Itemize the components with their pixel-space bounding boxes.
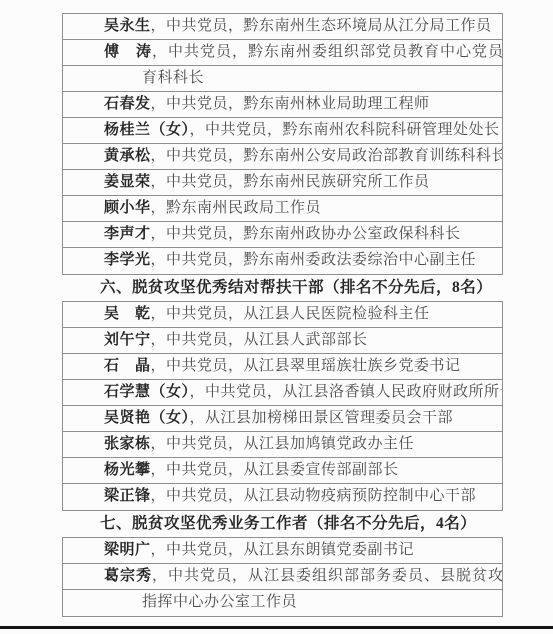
row-text: ，中共党员，从江县东朗镇党委副书记 <box>151 542 415 558</box>
row-text: ，中共党员，黔东南州政协办公室政保科科长 <box>151 226 461 242</box>
person-name: 刘午宁 <box>104 332 151 348</box>
person-name: 张家栋 <box>104 436 151 452</box>
row-text: ，中共党员，从江县翠里瑶族壮族乡党委书记 <box>151 358 461 374</box>
row-text: ，中共党员，从江县洛香镇人民政府财政所所长 <box>190 384 502 400</box>
table-row: 顾小华，黔东南州民政局工作员 <box>63 196 502 222</box>
person-name: 吴 乾 <box>104 306 151 322</box>
document-blocks: 吴永生，中共党员，黔东南州生态环境局从江分局工作员傅 涛，中共党员，黔东南州委组… <box>0 0 553 617</box>
table-row: 指挥中心办公室工作员 <box>63 590 502 616</box>
table-row: 石学慧（女），中共党员，从江县洛香镇人民政府财政所所长 <box>63 380 502 406</box>
row-text: ，中共党员，黔东南州生态环境局从江分局工作员 <box>151 18 492 34</box>
table-row: 吴贤艳（女），从江县加榜梯田景区管理委员会干部 <box>63 406 502 432</box>
person-name: 杨光攀 <box>104 462 151 478</box>
document-page: 吴永生，中共党员，黔东南州生态环境局从江分局工作员傅 涛，中共党员，黔东南州委组… <box>0 0 553 634</box>
table-row: 吴永生，中共党员，黔东南州生态环境局从江分局工作员 <box>63 14 502 40</box>
row-text: ，中共党员，从江县加鸠镇党政办主任 <box>151 436 415 452</box>
table-row: 石 晶，中共党员，从江县翠里瑶族壮族乡党委书记 <box>63 354 502 380</box>
person-name: 吴贤艳（女） <box>104 410 190 426</box>
row-text: ，中共党员，黔东南州公安局政治部教育训练科科长 <box>151 148 502 164</box>
person-name: 葛宗秀 <box>104 568 152 584</box>
table-row: 葛宗秀，中共党员，从江县委组织部部务委员、县脱贫攻坚 <box>63 564 502 590</box>
page-bottom-rule <box>0 626 553 629</box>
person-name: 石学慧（女） <box>104 384 190 400</box>
person-name: 黄承松 <box>104 148 151 164</box>
table-row: 刘午宁，中共党员，从江县人武部部长 <box>63 328 502 354</box>
person-name: 李声才 <box>104 226 151 242</box>
section-header: 七、脱贫攻坚优秀业务工作者（排名不分先后，4名） <box>62 515 553 533</box>
table-row: 杨桂兰（女），中共党员，黔东南州农科院科研管理处处长 <box>63 118 502 144</box>
row-text: ，从江县加榜梯田景区管理委员会干部 <box>190 410 454 426</box>
row-text: ，中共党员，从江县委组织部部务委员、县脱贫攻坚 <box>152 568 502 584</box>
person-name: 梁明广 <box>104 542 151 558</box>
table-row: 李学光，中共党员，黔东南州委政法委综治中心副主任 <box>63 248 502 274</box>
row-text: ，黔东南州民政局工作员 <box>151 200 322 216</box>
section-header: 六、脱贫攻坚优秀结对帮扶干部（排名不分先后，8名） <box>62 279 553 297</box>
person-name: 顾小华 <box>104 200 151 216</box>
table-row: 吴 乾，中共党员，从江县人民医院检验科主任 <box>63 302 502 328</box>
row-text: ，中共党员，从江县委宣传部副部长 <box>151 462 399 478</box>
ruled-table: 梁明广，中共党员，从江县东朗镇党委副书记葛宗秀，中共党员，从江县委组织部部务委员… <box>62 537 503 617</box>
table-row: 傅 涛，中共党员，黔东南州委组织部党员教育中心党员教 <box>63 40 502 66</box>
person-name: 石春发 <box>104 96 151 112</box>
table-row: 张家栋，中共党员，从江县加鸠镇党政办主任 <box>63 432 502 458</box>
person-name: 杨桂兰（女） <box>104 122 190 138</box>
person-name: 姜显荣 <box>104 174 151 190</box>
table-row: 梁正锋，中共党员，从江县动物疫病预防控制中心干部 <box>63 484 502 510</box>
row-text: 指挥中心办公室工作员 <box>142 594 297 610</box>
row-text: ，中共党员，黔东南州委政法委综治中心副主任 <box>151 252 477 268</box>
table-row: 姜显荣，中共党员，黔东南州民族研究所工作员 <box>63 170 502 196</box>
row-text: ，中共党员，从江县动物疫病预防控制中心干部 <box>151 488 477 504</box>
table-row: 黄承松，中共党员，黔东南州公安局政治部教育训练科科长 <box>63 144 502 170</box>
table-row: 石春发，中共党员，黔东南州林业局助理工程师 <box>63 92 502 118</box>
table-row: 杨光攀，中共党员，从江县委宣传部副部长 <box>63 458 502 484</box>
row-text: ，中共党员，黔东南州民族研究所工作员 <box>151 174 430 190</box>
row-text: 育科科长 <box>142 70 204 86</box>
person-name: 李学光 <box>104 252 151 268</box>
ruled-table: 吴永生，中共党员，黔东南州生态环境局从江分局工作员傅 涛，中共党员，黔东南州委组… <box>62 13 503 275</box>
person-name: 梁正锋 <box>104 488 151 504</box>
person-name: 吴永生 <box>104 18 151 34</box>
ruled-table: 吴 乾，中共党员，从江县人民医院检验科主任刘午宁，中共党员，从江县人武部部长石 … <box>62 301 503 511</box>
person-name: 石 晶 <box>104 358 151 374</box>
table-row: 李声才，中共党员，黔东南州政协办公室政保科科长 <box>63 222 502 248</box>
row-text: ，中共党员，从江县人武部部长 <box>151 332 368 348</box>
row-text: ，中共党员，黔东南州农科院科研管理处处长 <box>190 122 500 138</box>
row-text: ，中共党员，黔东南州林业局助理工程师 <box>151 96 430 112</box>
person-name: 傅 涛 <box>104 44 152 60</box>
row-text: ，中共党员，从江县人民医院检验科主任 <box>151 306 430 322</box>
table-row: 育科科长 <box>63 66 502 92</box>
table-row: 梁明广，中共党员，从江县东朗镇党委副书记 <box>63 538 502 564</box>
row-text: ，中共党员，黔东南州委组织部党员教育中心党员教 <box>152 44 502 60</box>
